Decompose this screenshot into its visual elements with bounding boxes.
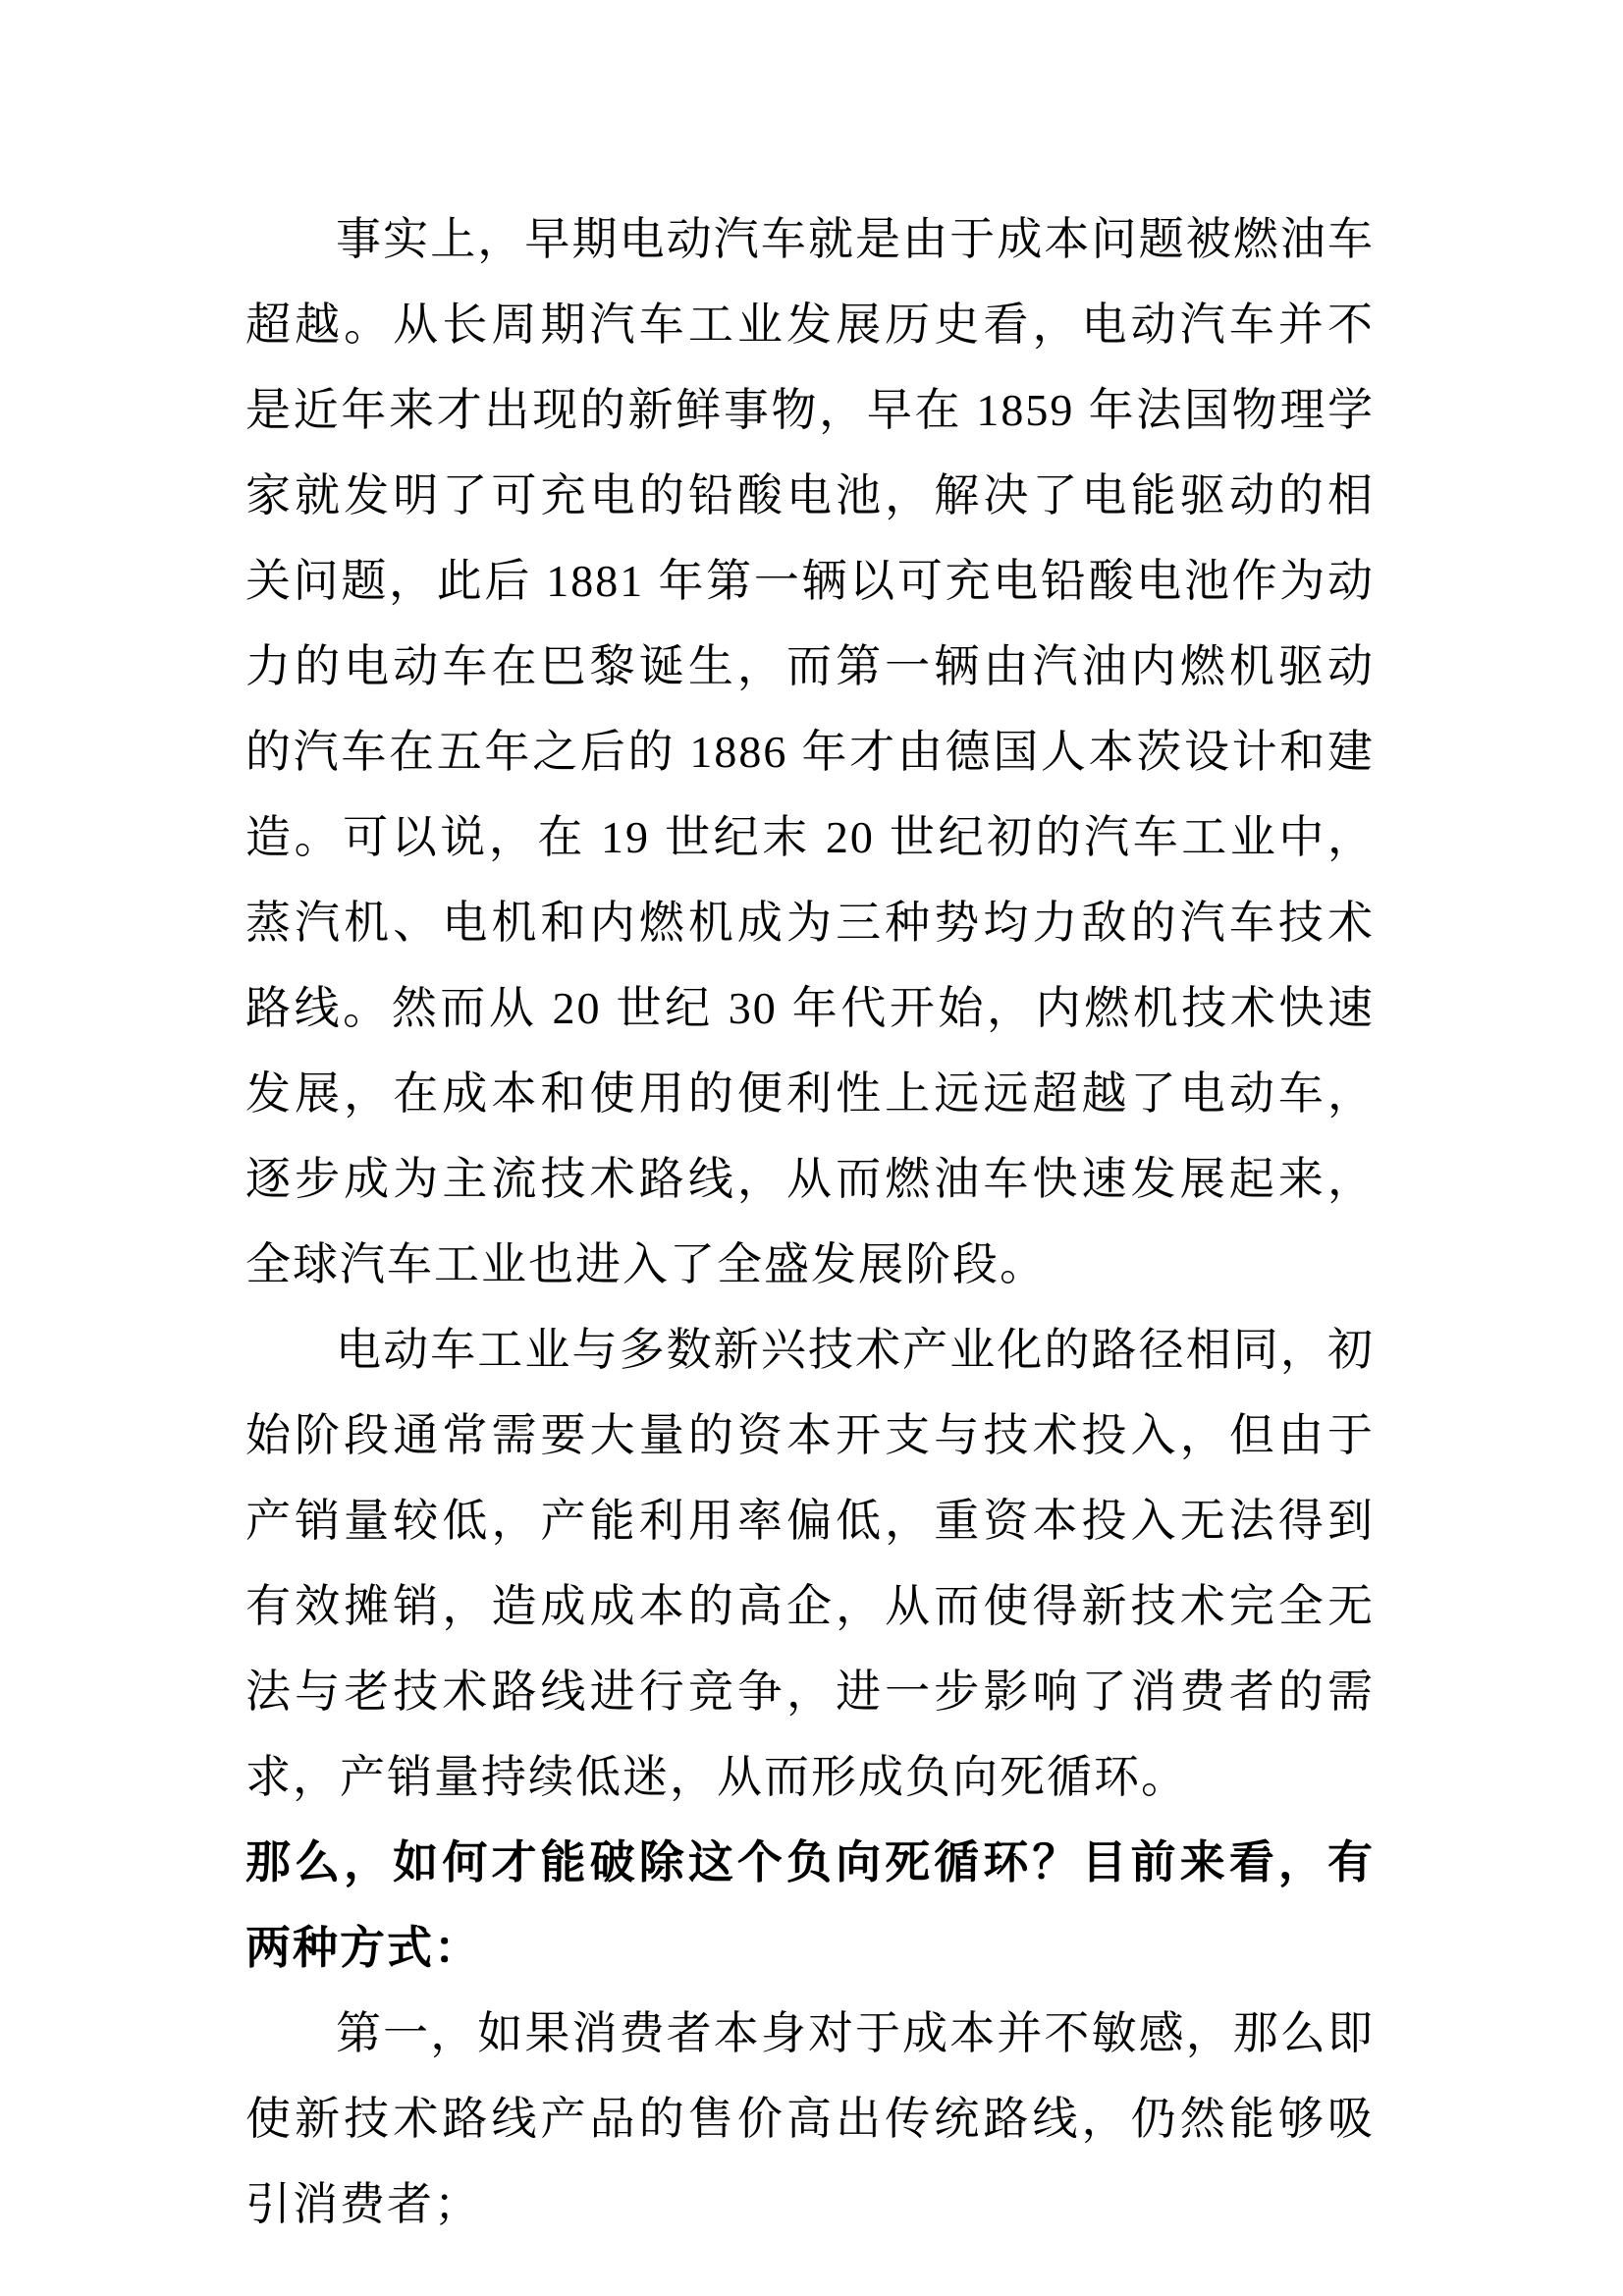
paragraph-industrialization-cycle: 电动车工业与多数新兴技术产业化的路径相同，初始阶段通常需要大量的资本开支与技术投… [245, 1307, 1375, 1820]
paragraph-first-method: 第一，如果消费者本身对于成本并不敏感，那么即使新技术路线产品的售价高出传统路线，… [245, 1991, 1375, 2247]
paragraph-ev-history: 事实上，早期电动汽车就是由于成本问题被燃油车超越。从长周期汽车工业发展历史看，电… [245, 196, 1375, 1307]
paragraph-question-bold: 那么，如何才能破除这个负向死循环？目前来看，有两种方式： [245, 1820, 1375, 1991]
document-page: 事实上，早期电动汽车就是由于成本问题被燃油车超越。从长周期汽车工业发展历史看，电… [0, 0, 1623, 2296]
